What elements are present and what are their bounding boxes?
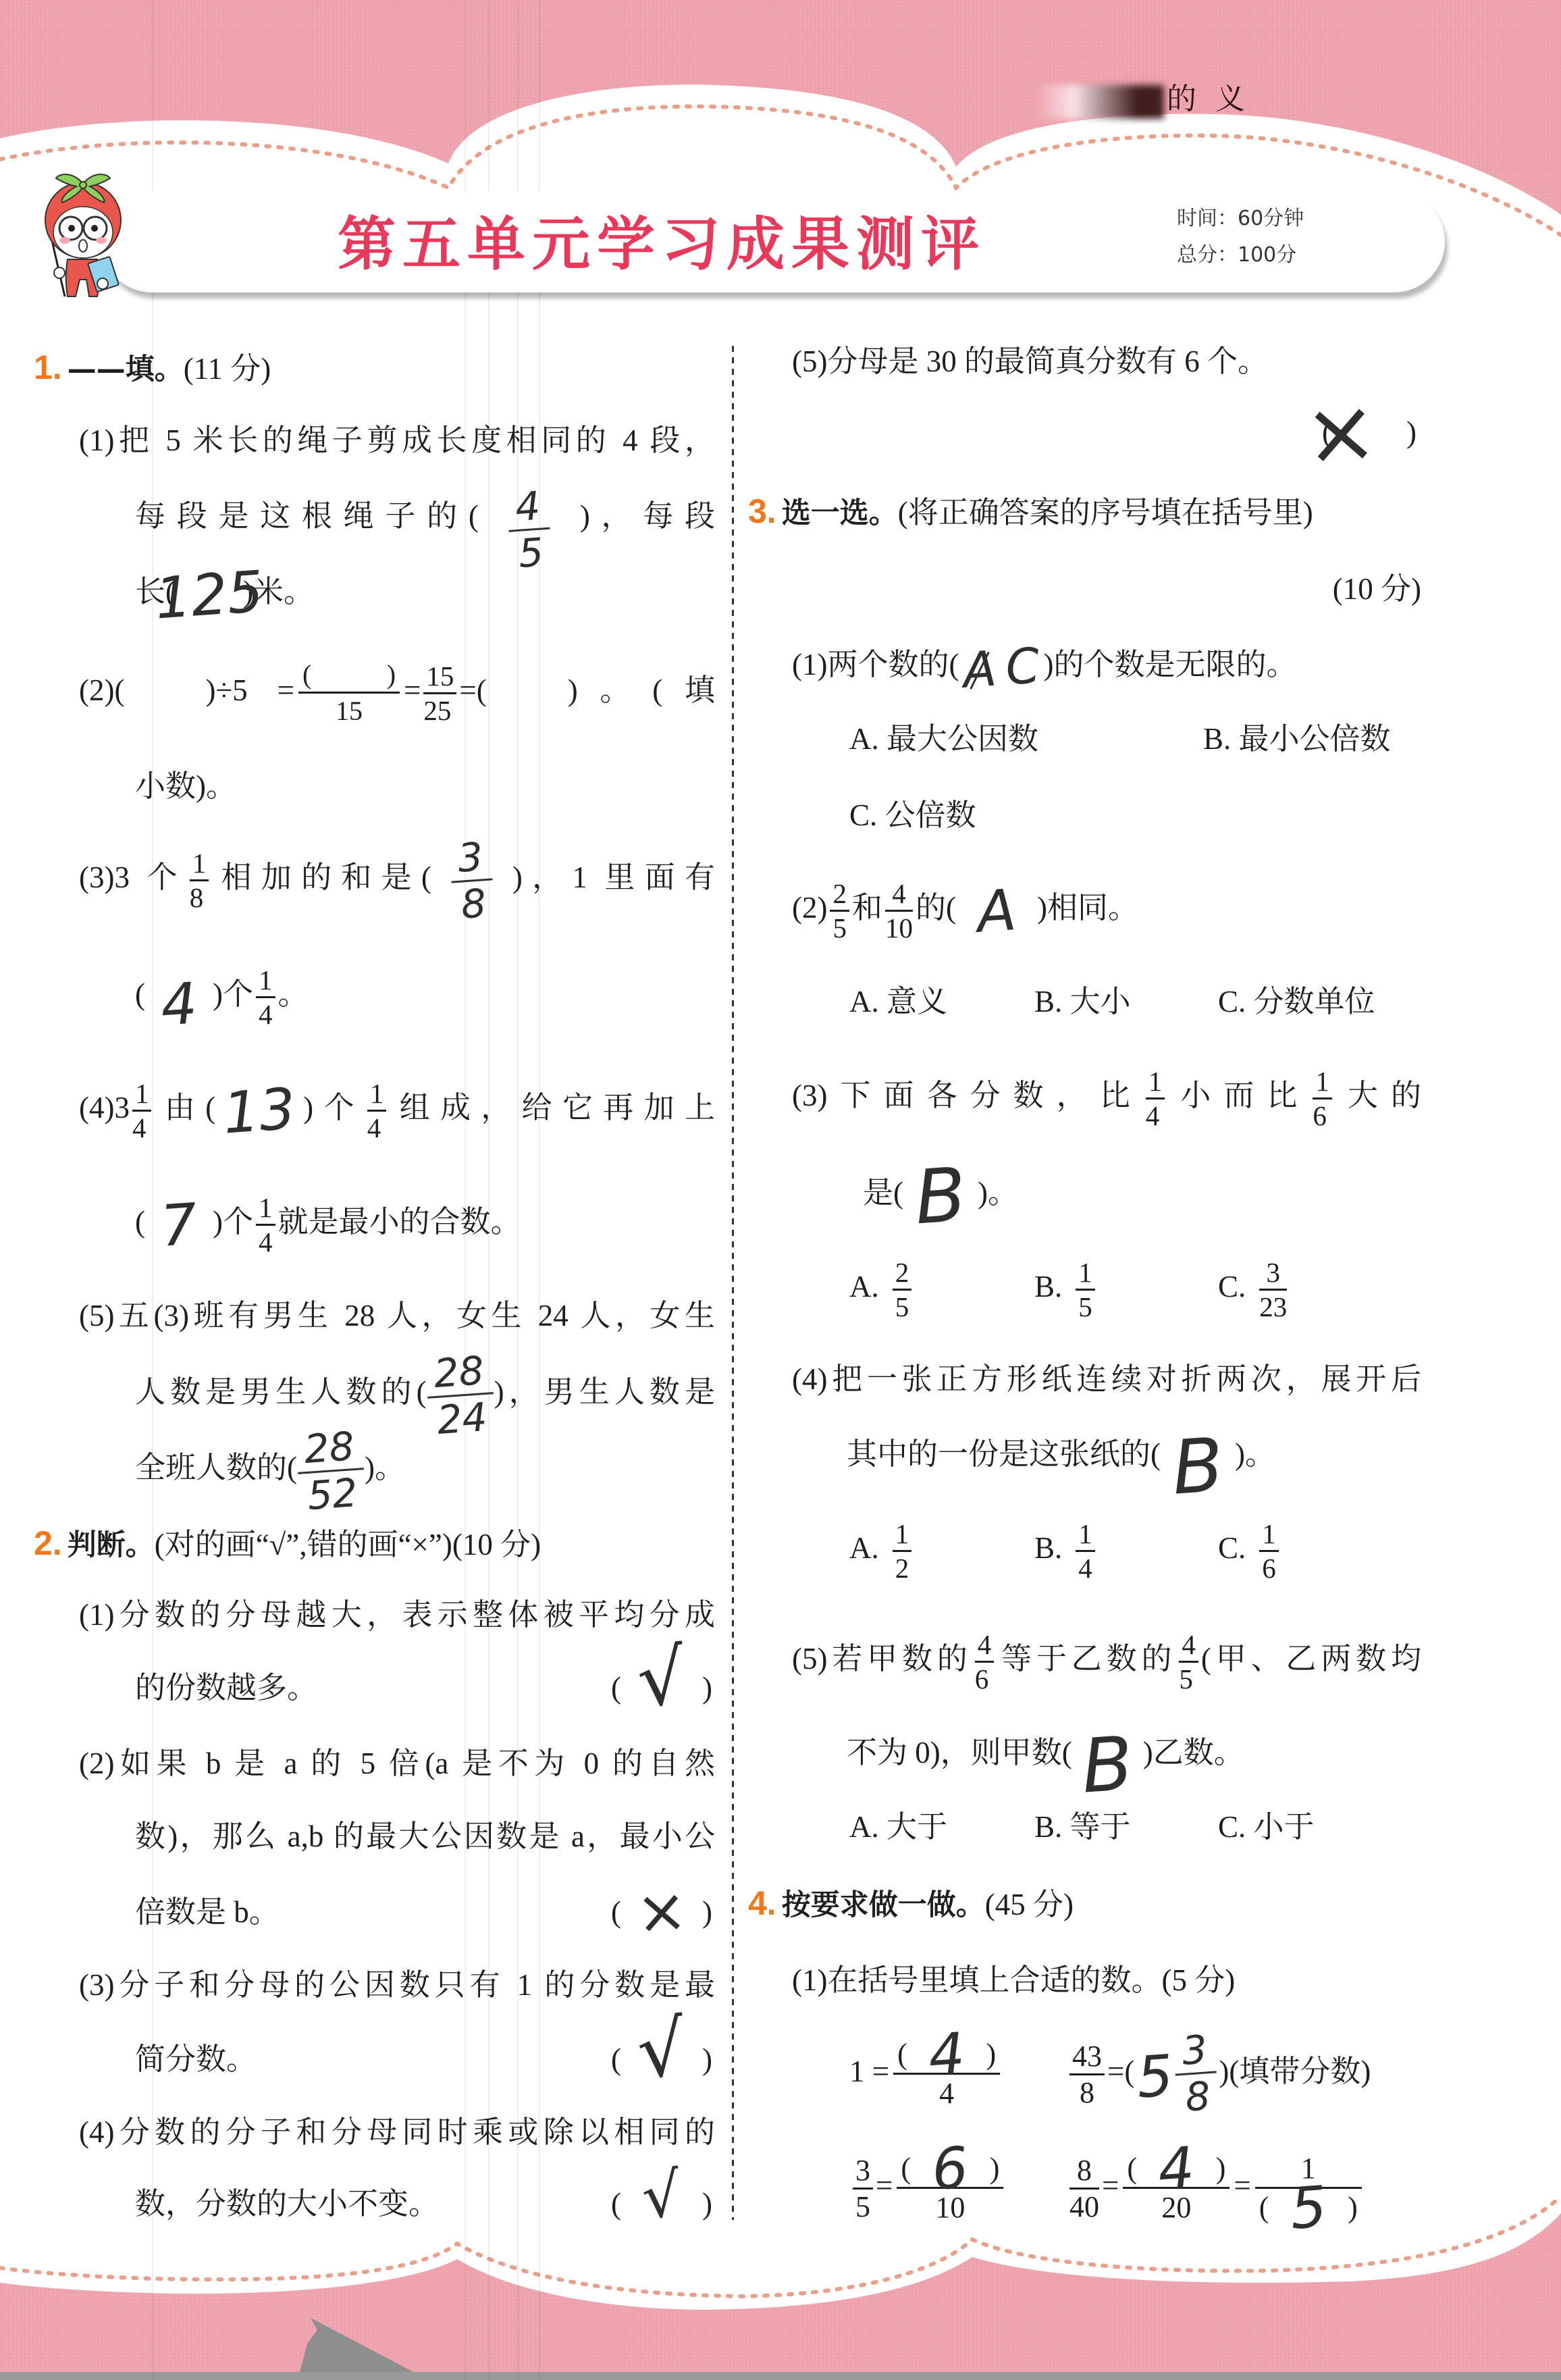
- q3-3-line-1: (3)下面各分数，比14小而比16大的: [792, 1075, 1421, 1116]
- denominator: 5: [853, 2190, 873, 2222]
- section-1-heading: 1.——填。(11 分): [34, 347, 271, 388]
- text: 。: [278, 977, 309, 1011]
- paren: (: [302, 661, 311, 688]
- fraction: 14: [256, 966, 275, 1029]
- handwritten-answer: 5: [1288, 2178, 1328, 2237]
- equation-3: 35=(6)10: [850, 2165, 1007, 2206]
- option-label: C.: [1218, 1270, 1246, 1303]
- q1-2-line-2: 小数)。: [135, 766, 236, 806]
- option-b: B.15: [1034, 1266, 1098, 1307]
- numerator: 4: [1179, 1631, 1198, 1663]
- denominator: 4: [939, 2079, 954, 2109]
- crossed-out-answer: A: [961, 644, 998, 694]
- answer-blank-empty: [487, 680, 568, 707]
- numerator: 28: [295, 1426, 364, 1474]
- numerator: 1: [893, 1520, 912, 1552]
- numerator: 3: [853, 2156, 873, 2190]
- answer-blank-empty: [124, 680, 205, 707]
- text: =(: [1107, 2054, 1134, 2088]
- q1-5-line-2: 人数是男生人数的(2824)，男生人数是: [135, 1372, 715, 1412]
- fraction: 25: [893, 1259, 912, 1321]
- column-divider: [732, 346, 734, 2220]
- denominator: 24: [435, 1395, 488, 1440]
- fraction: 25: [830, 880, 849, 942]
- corner-text: 的 义: [1167, 82, 1245, 116]
- text: )，男生人数是: [494, 1375, 715, 1409]
- option-label: B.: [1034, 1531, 1062, 1565]
- denominator: 4: [1146, 1100, 1165, 1130]
- equation-1: 1 =(4)4: [849, 2051, 1004, 2092]
- option-b: B.14: [1034, 1528, 1098, 1568]
- option-c: C. 小于: [1218, 1807, 1315, 1847]
- numerator: 28: [424, 1350, 493, 1399]
- handwritten-answer: 13: [221, 1080, 297, 1141]
- scan-artifact-line: [465, 0, 466, 2380]
- text: )个: [303, 1091, 365, 1124]
- judgement-answer: (×): [1322, 412, 1417, 452]
- numerator: 1: [1313, 1068, 1332, 1100]
- fraction: 45: [1179, 1631, 1198, 1693]
- text: 大的: [1335, 1079, 1421, 1112]
- text: =: [404, 673, 421, 707]
- q2-4-line-2: 数，分数的大小不变。: [135, 2183, 439, 2224]
- section-number: 2.: [34, 1524, 62, 1562]
- corner-smudge: [1036, 85, 1164, 119]
- paren: ): [702, 2039, 712, 2079]
- whole-part: 5: [1135, 2046, 1175, 2106]
- denominator: 6: [975, 1663, 995, 1693]
- text: (3)3 个: [79, 860, 187, 894]
- text: (: [135, 1205, 145, 1239]
- fraction: 840: [1069, 2156, 1099, 2222]
- denominator: 5: [893, 1291, 912, 1321]
- option-label: C.: [1218, 1531, 1246, 1565]
- denominator: 8: [1069, 2075, 1105, 2108]
- strawberry-mascot-icon: [32, 158, 134, 300]
- fraction: 14: [1146, 1068, 1165, 1130]
- section-note: (对的画“√”,错的画“×”)(10 分): [155, 1528, 541, 1561]
- answer-blank: B: [1161, 1444, 1235, 1471]
- option-label: A.: [849, 1531, 879, 1565]
- answer-blank: 538: [1134, 2061, 1219, 2088]
- option-c: C.16: [1218, 1528, 1281, 1568]
- text: )。(填: [568, 673, 715, 707]
- time-limit: 时间：60分钟: [1177, 207, 1304, 231]
- text: )乙数。: [1143, 1736, 1244, 1769]
- paren: ): [702, 1667, 712, 1708]
- paren: (: [1127, 2154, 1137, 2183]
- handwritten-answer: 7: [159, 1195, 199, 1255]
- paren: ): [1216, 2154, 1226, 2183]
- numerator: 3: [448, 836, 492, 883]
- q2-2-line-1: (2)如果 b 是 a 的 5 倍(a 是不为 0 的自然: [79, 1743, 715, 1784]
- q3-5-line-1: (5)若甲数的46等于乙数的45(甲、乙两数均: [792, 1638, 1421, 1679]
- handwritten-cross-mark: ×: [1301, 386, 1381, 478]
- denominator: 10: [935, 2193, 965, 2223]
- numerator: 3: [1259, 1259, 1287, 1291]
- numerator: 4: [975, 1631, 995, 1663]
- fraction: 438: [1069, 2042, 1105, 2108]
- q1-1-line-2: 每段是这根绳子的(45)，每段: [135, 496, 715, 536]
- fraction: 14: [1076, 1520, 1095, 1582]
- paren: (: [897, 2040, 907, 2069]
- denominator: 6: [1313, 1100, 1332, 1130]
- section-note: (将正确答案的序号填在括号里): [898, 496, 1313, 529]
- paren: (: [611, 2183, 621, 2224]
- answer-blank: 2852: [297, 1457, 365, 1484]
- option-c: C. 公倍数: [849, 795, 976, 835]
- text: )。: [1235, 1437, 1275, 1471]
- text: (2)(: [79, 673, 124, 707]
- text: 就是最小的合数。: [278, 1205, 521, 1239]
- denominator: 8: [460, 881, 487, 924]
- text: 全班人数的(: [135, 1451, 297, 1484]
- text: (1)两个数的(: [792, 648, 959, 681]
- text: (2): [792, 891, 827, 925]
- denominator: 4: [1076, 1552, 1095, 1582]
- text: (3)下面各分数，比: [792, 1079, 1143, 1112]
- text: 和: [852, 891, 882, 925]
- text: =: [1234, 2169, 1250, 2202]
- q2-2-line-3: 倍数是 b。: [135, 1892, 280, 1932]
- judgement-answer: (√): [611, 2039, 712, 2079]
- fraction-with-blank: 1(5): [1255, 2151, 1362, 2227]
- q1-4-line-2: (7)个14就是最小的合数。: [135, 1201, 521, 1242]
- denominator: 6: [1259, 1552, 1279, 1582]
- text: )，1 里面有: [512, 860, 715, 894]
- denominator: 4: [367, 1112, 387, 1142]
- text: 不为 0)，则甲数(: [847, 1736, 1072, 1769]
- section-title: ——填。: [68, 353, 184, 386]
- q1-1-line-1: (1)把 5 米长的绳子剪成长度相同的 4 段，: [79, 420, 715, 461]
- text: 组成，给它再加上: [389, 1091, 715, 1124]
- option-c: C.323: [1218, 1266, 1290, 1307]
- fraction: 14: [256, 1194, 275, 1256]
- section-score: (11 分): [184, 352, 271, 386]
- answer-blank: B: [903, 1183, 978, 1210]
- text: )。: [365, 1451, 405, 1484]
- numerator: 1: [1076, 1520, 1095, 1552]
- section-title: 选一选。: [782, 496, 898, 530]
- text: 的(: [916, 891, 956, 925]
- fraction: 16: [1259, 1520, 1279, 1582]
- scan-artifact-line: [539, 0, 540, 2380]
- q1-5-line-1: (5)五(3)班有男生 28 人，女生 24 人，女生: [79, 1295, 715, 1336]
- section-3-heading: 3.选一选。(将正确答案的序号填在括号里): [748, 491, 1313, 532]
- answer-blank: B: [1072, 1742, 1143, 1769]
- q2-1-line-1: (1)分数的分母越大，表示整体被平均分成: [79, 1595, 715, 1635]
- paren: (: [901, 2154, 911, 2183]
- answer-blank: AC: [959, 654, 1043, 681]
- fraction-with-blank: (4)4: [893, 2037, 1000, 2113]
- judgement-answer: (√): [611, 1667, 712, 1708]
- denominator: 10: [885, 912, 913, 942]
- text: 人数是男生人数的(: [135, 1375, 427, 1409]
- option-c: C. 分数单位: [1218, 981, 1375, 1022]
- text: 其中的一份是这张纸的(: [847, 1437, 1161, 1471]
- q2-3-line-1: (3)分子和分母的公因数只有 1 的分数是最: [79, 1965, 715, 2005]
- handwritten-answer: B: [1170, 1427, 1226, 1505]
- q1-1-line-3: 长(125)米。: [135, 571, 314, 612]
- q3-2-line-1: (2)25和410的(A)相同。: [792, 887, 1138, 928]
- paren: (: [611, 1892, 621, 1932]
- judgement-answer: (√): [611, 2183, 712, 2224]
- answer-blank: 125: [176, 581, 243, 609]
- text: )。: [978, 1176, 1018, 1210]
- denominator: 4: [256, 998, 275, 1029]
- paren: ): [1348, 2193, 1358, 2223]
- final-answer: C: [1004, 637, 1042, 696]
- q2-2-line-2: 数)，那么 a,b 的最大公因数是 a，最小公: [135, 1816, 715, 1857]
- answer-blank: 45: [479, 506, 580, 533]
- denominator: 4: [132, 1112, 152, 1142]
- numerator: 1: [1146, 1068, 1165, 1100]
- section-title: 判断。: [68, 1528, 155, 1562]
- numerator: 1: [190, 850, 209, 881]
- q1-5-line-3: 全班人数的(2852)。: [135, 1447, 405, 1488]
- handwritten-fraction-answer: 38: [448, 836, 496, 925]
- q2-5-line-1: (5)分母是 30 的最简真分数有 6 个。: [792, 341, 1268, 382]
- handwritten-check-mark: √: [639, 2164, 684, 2229]
- denominator: 25: [423, 694, 456, 725]
- fraction-blank-over-15: ()15: [298, 656, 400, 731]
- q1-2-line-1: (2)()÷5 =()15=1525=()。(填: [79, 670, 715, 710]
- denominator: 5: [517, 529, 545, 573]
- answer-blank: 7: [145, 1212, 213, 1239]
- q1-4-line-1: (4)314由(13)个14组成，给它再加上: [79, 1087, 715, 1128]
- text: =: [876, 2169, 893, 2202]
- numerator: 1: [1259, 1520, 1279, 1552]
- handwritten-mixed-number: 538: [1134, 2029, 1219, 2120]
- fraction: 46: [975, 1631, 995, 1693]
- q3-5-line-2: 不为 0)，则甲数(B)乙数。: [847, 1732, 1244, 1773]
- fraction: 16: [1313, 1068, 1332, 1130]
- option-b: B. 大小: [1034, 981, 1131, 1022]
- section-3-score: (10 分): [1269, 569, 1421, 609]
- answer-blank: 2824: [427, 1382, 494, 1409]
- denominator: 52: [306, 1470, 359, 1516]
- numerator: 1: [256, 966, 275, 998]
- scan-artifact-line: [488, 0, 490, 2380]
- denominator: 8: [190, 881, 209, 912]
- numerator: 4: [885, 880, 913, 912]
- handwritten-cross-mark: ×: [634, 1880, 689, 1944]
- fraction: 14: [367, 1080, 387, 1142]
- scan-artifact-line: [517, 0, 519, 2380]
- text: =(: [459, 673, 486, 707]
- handwritten-check-mark: √: [634, 1638, 690, 1719]
- handwritten-answer: B: [1080, 1726, 1136, 1803]
- text: 由(: [154, 1091, 215, 1124]
- numerator: 15: [423, 663, 456, 694]
- text: (甲、乙两数均: [1201, 1642, 1421, 1676]
- text: )的个数是无限的。: [1043, 648, 1296, 681]
- paren: ): [1406, 412, 1417, 452]
- option-a: A. 最大公因数: [849, 719, 1038, 759]
- answer-blank: 13: [215, 1097, 303, 1124]
- q3-4-line-2: 其中的一份是这张纸的(B)。: [847, 1434, 1275, 1474]
- q3-4-line-1: (4)把一张正方形纸连续对折两次，展开后: [792, 1359, 1421, 1399]
- handwritten-fraction-answer: 45: [506, 485, 553, 573]
- option-a: A. 大于: [849, 1807, 947, 1847]
- text: (5)若甲数的: [792, 1642, 972, 1676]
- numerator: 1: [367, 1080, 387, 1112]
- section-number: 4.: [748, 1884, 776, 1922]
- text: )个: [213, 1205, 253, 1239]
- answer-blank: A: [956, 898, 1037, 925]
- text: )相同。: [1037, 891, 1138, 925]
- q4-1-label: (1)在括号里填上合适的数。(5 分): [792, 1960, 1235, 2000]
- numerator: 2: [893, 1259, 912, 1291]
- denominator: 5: [830, 912, 849, 942]
- fraction: 410: [885, 880, 913, 942]
- answer-blank: 4: [145, 984, 213, 1011]
- fraction: 15: [1076, 1259, 1095, 1321]
- option-a: A.25: [849, 1266, 914, 1307]
- fraction: 1525: [423, 663, 456, 725]
- section-2-heading: 2.判断。(对的画“√”,错的画“×”)(10 分): [34, 1523, 541, 1563]
- denominator: 20: [1161, 2193, 1191, 2223]
- text: 1 =: [849, 2054, 889, 2088]
- handwritten-answer: A: [975, 881, 1017, 941]
- text: )÷5 =: [205, 673, 294, 707]
- text: )，每段: [580, 499, 715, 533]
- numerator: 4: [506, 485, 550, 532]
- q3-1-line-1: (1)两个数的(AC)的个数是无限的。: [792, 644, 1296, 685]
- paren: ): [990, 2154, 1000, 2183]
- numerator: 1: [256, 1194, 275, 1226]
- option-label: B.: [1034, 1270, 1062, 1303]
- text: (4)3: [79, 1091, 130, 1124]
- fraction: 35: [853, 2156, 873, 2222]
- text: )个: [213, 977, 253, 1011]
- total-score: 总分：100分: [1177, 243, 1296, 267]
- denominator: 15: [336, 698, 363, 725]
- section-title: 按要求做一做。: [782, 1888, 985, 1922]
- fraction: 12: [893, 1520, 912, 1582]
- text: 等于乙数的: [997, 1642, 1176, 1676]
- section-number: 3.: [748, 492, 776, 530]
- equation-2: 438=(538)(填带分数): [1067, 2051, 1371, 2092]
- text: 每段是这根绳子的(: [135, 499, 479, 533]
- fraction: 323: [1259, 1259, 1287, 1321]
- fraction-with-blank: (6)10: [897, 2151, 1003, 2227]
- option-a: A.12: [849, 1528, 914, 1568]
- numerator: 43: [1069, 2042, 1105, 2075]
- denominator: 5: [1179, 1663, 1198, 1693]
- denominator: 4: [256, 1226, 275, 1256]
- section-number: 1.: [34, 348, 62, 386]
- option-b: B. 等于: [1034, 1807, 1131, 1847]
- q1-3-line-1: (3)3 个18相加的和是(38)，1 里面有: [79, 857, 715, 898]
- text: ): [1219, 2054, 1229, 2088]
- judgement-answer: (×): [611, 1892, 712, 1932]
- handwritten-answer: 125: [153, 563, 265, 627]
- numerator: 1: [1076, 1259, 1095, 1291]
- q3-3-line-2: 是(B)。: [863, 1172, 1018, 1213]
- q1-3-line-2: (4)个14。: [135, 974, 309, 1014]
- handwritten-answer: AC: [961, 641, 1041, 695]
- q2-1-line-2: 的份数越多。: [135, 1667, 317, 1708]
- handwritten-check-mark: √: [634, 2010, 690, 2090]
- page-title: 第五单元学习成果测评: [338, 209, 986, 280]
- hint-text: (填带分数): [1229, 2054, 1371, 2088]
- text: 相加的和是(: [211, 860, 431, 894]
- fraction-with-blank: (4)20: [1123, 2151, 1229, 2227]
- paren: ): [986, 2040, 996, 2069]
- fraction: 18: [190, 850, 209, 912]
- handwritten-fraction-answer: 2824: [424, 1350, 496, 1441]
- paren: (: [611, 2039, 621, 2079]
- numerator: 1: [132, 1080, 152, 1112]
- paren: (: [611, 1667, 621, 1708]
- section-4-heading: 4.按要求做一做。(45 分): [748, 1883, 1074, 1923]
- text: =: [1102, 2169, 1119, 2202]
- paren: ): [702, 1892, 712, 1932]
- numerator: 2: [830, 880, 849, 912]
- paren: ): [702, 2183, 712, 2224]
- denominator: 8: [1184, 2073, 1211, 2117]
- equation-4: 840=(4)20=1(5): [1067, 2165, 1366, 2206]
- text: 是(: [863, 1176, 903, 1210]
- denominator: 40: [1069, 2190, 1099, 2222]
- numerator: 3: [1173, 2029, 1217, 2075]
- handwritten-fraction-answer: 2852: [295, 1426, 367, 1516]
- q2-3-line-2: 简分数。: [135, 2039, 257, 2079]
- section-score: (45 分): [985, 1888, 1074, 1921]
- answer-blank: 38: [431, 867, 512, 894]
- option-b: B. 最小公倍数: [1203, 719, 1391, 759]
- option-a: A. 意义: [849, 981, 947, 1022]
- option-label: A.: [849, 1270, 879, 1303]
- denominator: 5: [1076, 1291, 1095, 1321]
- paren: (: [1259, 2193, 1269, 2223]
- fraction: 14: [132, 1080, 152, 1142]
- q2-4-line-1: (4)分数的分子和分母同时乘或除以相同的: [79, 2112, 715, 2152]
- denominator: 23: [1259, 1291, 1287, 1321]
- handwritten-answer: 4: [159, 975, 199, 1034]
- denominator: 2: [893, 1552, 912, 1582]
- handwritten-answer: B: [913, 1157, 969, 1235]
- text: 小而比: [1167, 1079, 1310, 1112]
- text: (: [135, 977, 145, 1011]
- numerator: 8: [1069, 2156, 1099, 2190]
- paren: ): [387, 661, 396, 688]
